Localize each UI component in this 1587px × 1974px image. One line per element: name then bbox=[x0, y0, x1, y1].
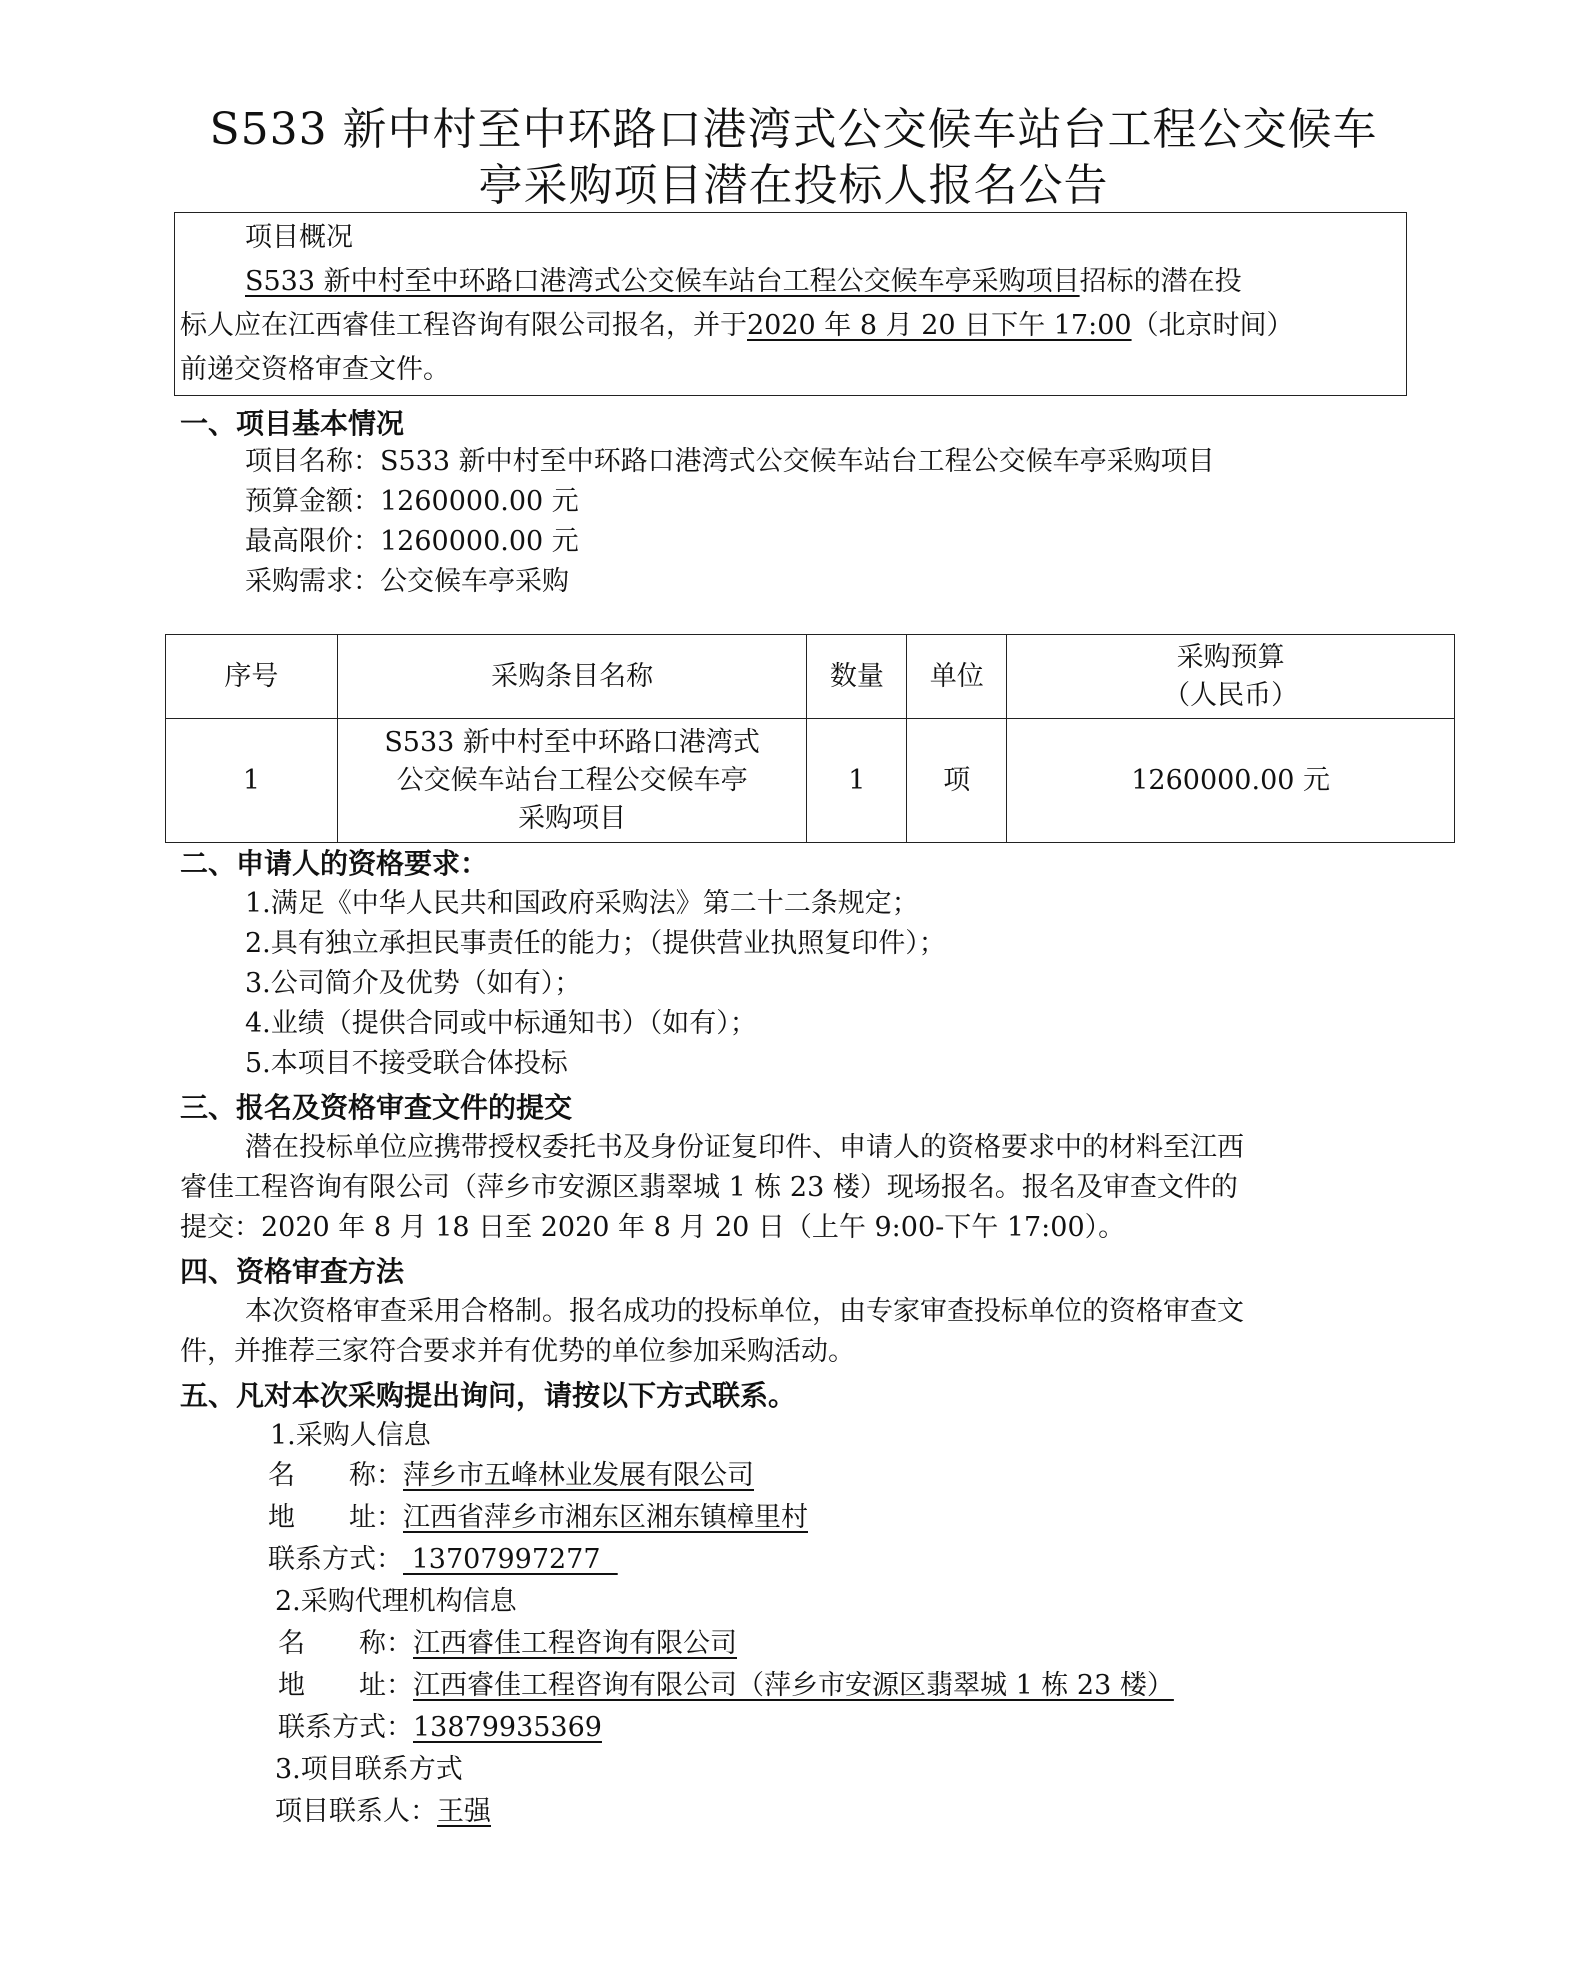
label: 地 址： bbox=[278, 1670, 413, 1701]
cell-no: 1 bbox=[166, 719, 338, 843]
col-header-no: 序号 bbox=[166, 635, 338, 719]
purchaser-name: 萍乡市五峰林业发展有限公司 bbox=[403, 1460, 754, 1491]
section2-item: 1.满足《中华人民共和国政府采购法》第二十二条规定； bbox=[245, 884, 919, 924]
label: 采购需求： bbox=[245, 566, 380, 597]
table-row: 1 S533 新中村至中环路口港湾式 公交候车站台工程公交候车亭 采购项目 1 … bbox=[166, 719, 1455, 843]
purchaser-heading: 1.采购人信息 bbox=[270, 1416, 431, 1456]
table-header-row: 序号 采购条目名称 数量 单位 采购预算 （人民币） bbox=[166, 635, 1455, 719]
overview-line1: S533 新中村至中环路口港湾式公交候车站台工程公交候车亭采购项目招标的潜在投 bbox=[245, 262, 1242, 302]
label: 项目联系人： bbox=[275, 1796, 437, 1827]
budget-header-line2: （人民币） bbox=[1007, 677, 1454, 715]
value: 1260000.00 元 bbox=[380, 526, 579, 557]
col-header-unit: 单位 bbox=[907, 635, 1007, 719]
cell-name-line3: 采购项目 bbox=[338, 800, 807, 838]
agency-address-row: 地 址：江西睿佳工程咨询有限公司（萍乡市安源区翡翠城 1 栋 23 楼） bbox=[278, 1666, 1174, 1706]
section1-item-demand: 采购需求：公交候车亭采购 bbox=[245, 562, 569, 602]
label: 项目名称： bbox=[245, 446, 380, 477]
agency-name-row: 名 称：江西睿佳工程咨询有限公司 bbox=[278, 1624, 737, 1664]
cell-name: S533 新中村至中环路口港湾式 公交候车站台工程公交候车亭 采购项目 bbox=[337, 719, 807, 843]
col-header-budget: 采购预算 （人民币） bbox=[1007, 635, 1455, 719]
agency-contact-row: 联系方式：13879935369 bbox=[278, 1708, 602, 1748]
overview-text2: 标人应在江西睿佳工程咨询有限公司报名，并于 bbox=[180, 310, 747, 341]
overview-line2: 标人应在江西睿佳工程咨询有限公司报名，并于2020 年 8 月 20 日下午 1… bbox=[180, 306, 1294, 346]
cell-qty: 1 bbox=[807, 719, 907, 843]
document-title-line1: S533 新中村至中环路口港湾式公交候车站台工程公交候车 bbox=[0, 104, 1587, 156]
cell-budget: 1260000.00 元 bbox=[1007, 719, 1455, 843]
section5-heading: 五、凡对本次采购提出询问，请按以下方式联系。 bbox=[180, 1374, 796, 1414]
agency-name: 江西睿佳工程咨询有限公司 bbox=[413, 1628, 737, 1659]
label: 联系方式： bbox=[278, 1712, 413, 1743]
budget-header-line1: 采购预算 bbox=[1007, 639, 1454, 677]
section4-line: 本次资格审查采用合格制。报名成功的投标单位，由专家审查投标单位的资格审查文 bbox=[245, 1292, 1244, 1332]
overview-line3: 前递交资格审查文件。 bbox=[180, 350, 450, 390]
value: S533 新中村至中环路口港湾式公交候车站台工程公交候车亭采购项目 bbox=[380, 446, 1215, 477]
section1-item-project-name: 项目名称：S533 新中村至中环路口港湾式公交候车站台工程公交候车亭采购项目 bbox=[245, 442, 1215, 482]
label: 预算金额： bbox=[245, 486, 380, 517]
procurement-table: 序号 采购条目名称 数量 单位 采购预算 （人民币） 1 S533 新中村至中环… bbox=[165, 634, 1455, 843]
overview-deadline: 2020 年 8 月 20 日下午 17:00 bbox=[747, 310, 1132, 341]
cell-name-line1: S533 新中村至中环路口港湾式 bbox=[338, 724, 807, 762]
cell-unit: 项 bbox=[907, 719, 1007, 843]
section4-line: 件，并推荐三家符合要求并有优势的单位参加采购活动。 bbox=[180, 1332, 855, 1372]
section3-heading: 三、报名及资格审查文件的提交 bbox=[180, 1086, 572, 1126]
overview-text1: 招标的潜在投 bbox=[1080, 266, 1242, 297]
section3-line: 睿佳工程咨询有限公司（萍乡市安源区翡翠城 1 栋 23 楼）现场报名。报名及审查… bbox=[180, 1168, 1238, 1208]
label: 最高限价： bbox=[245, 526, 380, 557]
purchaser-phone: 13707997277 bbox=[403, 1544, 618, 1575]
value: 公交候车亭采购 bbox=[380, 566, 569, 597]
section1-heading: 一、项目基本情况 bbox=[180, 402, 404, 442]
col-header-name: 采购条目名称 bbox=[337, 635, 807, 719]
col-header-qty: 数量 bbox=[807, 635, 907, 719]
overview-text3: （北京时间） bbox=[1132, 310, 1294, 341]
purchaser-address-row: 地 址：江西省萍乡市湘东区湘东镇樟里村 bbox=[268, 1498, 808, 1538]
project-contact-heading: 3.项目联系方式 bbox=[275, 1750, 463, 1790]
section4-heading: 四、资格审查方法 bbox=[180, 1250, 404, 1290]
purchaser-contact-row: 联系方式： 13707997277 bbox=[268, 1540, 618, 1580]
label: 联系方式： bbox=[268, 1544, 403, 1575]
cell-name-line2: 公交候车站台工程公交候车亭 bbox=[338, 762, 807, 800]
value: 1260000.00 元 bbox=[380, 486, 579, 517]
agency-address: 江西睿佳工程咨询有限公司（萍乡市安源区翡翠城 1 栋 23 楼） bbox=[413, 1670, 1174, 1701]
purchaser-name-row: 名 称：萍乡市五峰林业发展有限公司 bbox=[268, 1456, 754, 1496]
overview-project-name: S533 新中村至中环路口港湾式公交候车站台工程公交候车亭采购项目 bbox=[245, 266, 1080, 297]
section2-item: 2.具有独立承担民事责任的能力；（提供营业执照复印件）； bbox=[245, 924, 946, 964]
agency-phone: 13879935369 bbox=[413, 1712, 602, 1743]
agency-heading: 2.采购代理机构信息 bbox=[275, 1582, 517, 1622]
section2-item: 3.公司简介及优势（如有）； bbox=[245, 964, 581, 1004]
label: 地 址： bbox=[268, 1502, 403, 1533]
section2-heading: 二、申请人的资格要求： bbox=[180, 842, 488, 882]
project-contact-row: 项目联系人：王强 bbox=[275, 1792, 491, 1832]
purchaser-address: 江西省萍乡市湘东区湘东镇樟里村 bbox=[403, 1502, 808, 1533]
section1-item-budget: 预算金额：1260000.00 元 bbox=[245, 482, 579, 522]
section2-item: 5.本项目不接受联合体投标 bbox=[245, 1044, 568, 1084]
document-title-line2: 亭采购项目潜在投标人报名公告 bbox=[0, 160, 1587, 212]
section3-line: 潜在投标单位应携带授权委托书及身份证复印件、申请人的资格要求中的材料至江西 bbox=[245, 1128, 1244, 1168]
section2-item: 4.业绩（提供合同或中标通知书）（如有）； bbox=[245, 1004, 757, 1044]
section3-line: 提交：2020 年 8 月 18 日至 2020 年 8 月 20 日（上午 9… bbox=[180, 1208, 1125, 1248]
label: 名 称： bbox=[278, 1628, 413, 1659]
section1-item-max-price: 最高限价：1260000.00 元 bbox=[245, 522, 579, 562]
overview-heading: 项目概况 bbox=[245, 218, 353, 258]
label: 名 称： bbox=[268, 1460, 403, 1491]
project-contact-person: 王强 bbox=[437, 1796, 491, 1827]
